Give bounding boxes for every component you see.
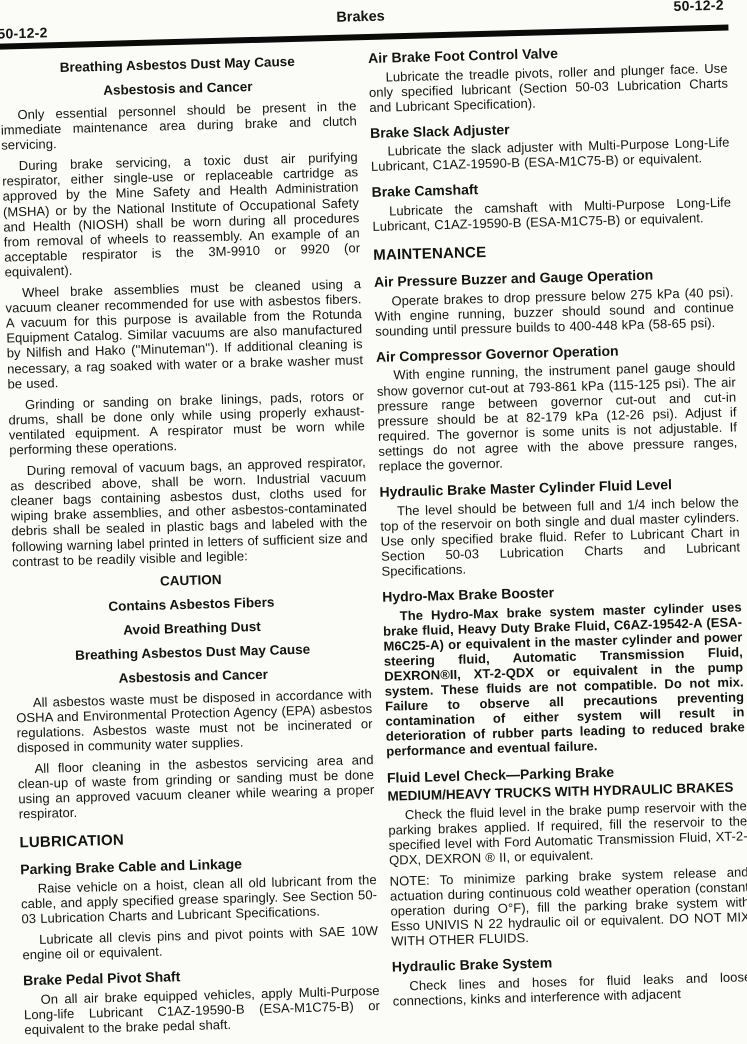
paragraph: All asbestos waste must be disposed in a… [16,686,373,756]
two-column-body: Breathing Asbestos Dust May Cause Asbest… [0,30,747,1024]
paragraph: The level should be between full and 1/4… [380,494,741,579]
paragraph: On all air brake equipped vehicles, appl… [23,983,380,1024]
paragraph: Check the fluid level in the brake pump … [388,798,747,868]
paragraph: During removal of vacuum bags, an approv… [10,454,369,569]
section-heading-lubrication: LUBRICATION [19,826,375,852]
paragraph: Lubricate the slack adjuster with Multi-… [370,135,730,175]
paragraph: Grinding or sanding on brake linings, pa… [8,388,365,458]
paragraph: Only essential personnel should be prese… [0,98,357,153]
caution-heading: CAUTION [13,568,369,593]
section-heading-maintenance: MAINTENANCE [373,238,732,264]
right-column: Air Brake Foot Control Valve Lubricate t… [368,41,747,1024]
paragraph: During brake servicing, a toxic dust air… [2,150,361,280]
caution-line: Contains Asbestos Fibers [13,592,369,617]
paragraph: All floor cleaning in the asbestos servi… [17,752,374,822]
note-paragraph: NOTE: To minimize parking brake system r… [389,864,747,949]
paragraph: Wheel brake assemblies must be cleaned u… [5,276,364,391]
warning-heading: Asbestosis and Cancer [0,76,356,101]
caution-line: Asbestosis and Cancer [15,664,371,689]
page-number-right: 50-12-2 [673,0,724,14]
warning-heading: Breathing Asbestos Dust May Cause [0,52,355,77]
manual-page: 50-12-2 Brakes 50-12-2 Breathing Asbesto… [0,0,747,1024]
paragraph: Lubricate all clevis pins and pivot poin… [22,923,379,962]
paragraph: Lubricate the treadle pivots, roller and… [368,60,728,115]
left-column: Breathing Asbestos Dust May Cause Asbest… [0,50,381,1024]
paragraph: Lubricate the camshaft with Multi-Purpos… [372,194,732,234]
caution-line: Breathing Asbestos Dust May Cause [14,640,370,665]
paragraph: Raise vehicle on a hoist, clean all old … [21,872,378,927]
paragraph: With engine running, the instrument pane… [376,359,738,474]
paragraph: Operate brakes to drop pressure below 27… [374,284,734,339]
caution-line: Avoid Breathing Dust [14,616,370,641]
paragraph-bold: The Hydro-Max brake system master cylind… [383,599,746,759]
paragraph: Check lines and hoses for fluid leaks an… [392,969,747,1009]
